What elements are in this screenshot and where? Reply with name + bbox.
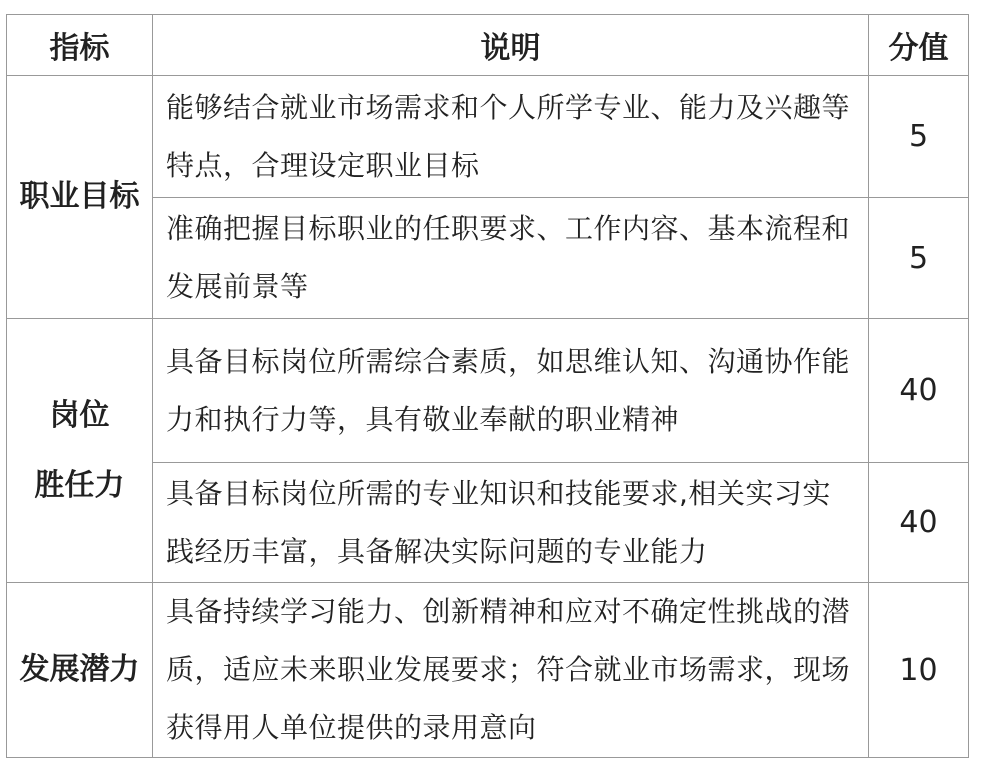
table-row: 发展潜力 具备持续学习能力、创新精神和应对不确定性挑战的潜 质，适应未来职业发展… [7, 583, 969, 758]
score-cell: 40 [869, 463, 969, 583]
table-row: 职业目标 能够结合就业市场需求和个人所学专业、能力及兴趣等 特点，合理设定职业目… [7, 76, 969, 198]
description-cell: 具备目标岗位所需综合素质，如思维认知、沟通协作能 力和执行力等，具有敬业奉献的职… [153, 319, 869, 463]
header-row: 指标 说明 分值 [7, 15, 969, 76]
indicator-cell-development-potential: 发展潜力 [7, 583, 153, 758]
description-cell: 能够结合就业市场需求和个人所学专业、能力及兴趣等 特点，合理设定职业目标 [153, 76, 869, 198]
score-cell: 5 [869, 76, 969, 198]
assessment-criteria-table: 指标 说明 分值 职业目标 能够结合就业市场需求和个人所学专业、能力及兴趣等 特… [6, 14, 969, 758]
description-cell: 准确把握目标职业的任职要求、工作内容、基本流程和 发展前景等 [153, 198, 869, 319]
score-cell: 5 [869, 198, 969, 319]
table-row: 岗位 胜任力 具备目标岗位所需综合素质，如思维认知、沟通协作能 力和执行力等，具… [7, 319, 969, 463]
description-cell: 具备持续学习能力、创新精神和应对不确定性挑战的潜 质，适应未来职业发展要求；符合… [153, 583, 869, 758]
description-cell: 具备目标岗位所需的专业知识和技能要求,相关实习实 践经历丰富，具备解决实际问题的… [153, 463, 869, 583]
score-cell: 10 [869, 583, 969, 758]
indicator-cell-job-competency: 岗位 胜任力 [7, 319, 153, 583]
indicator-cell-career-goal: 职业目标 [7, 76, 153, 319]
header-description: 说明 [153, 15, 869, 76]
page: 指标 说明 分值 职业目标 能够结合就业市场需求和个人所学专业、能力及兴趣等 特… [0, 0, 981, 767]
header-indicator: 指标 [7, 15, 153, 76]
header-score: 分值 [869, 15, 969, 76]
score-cell: 40 [869, 319, 969, 463]
